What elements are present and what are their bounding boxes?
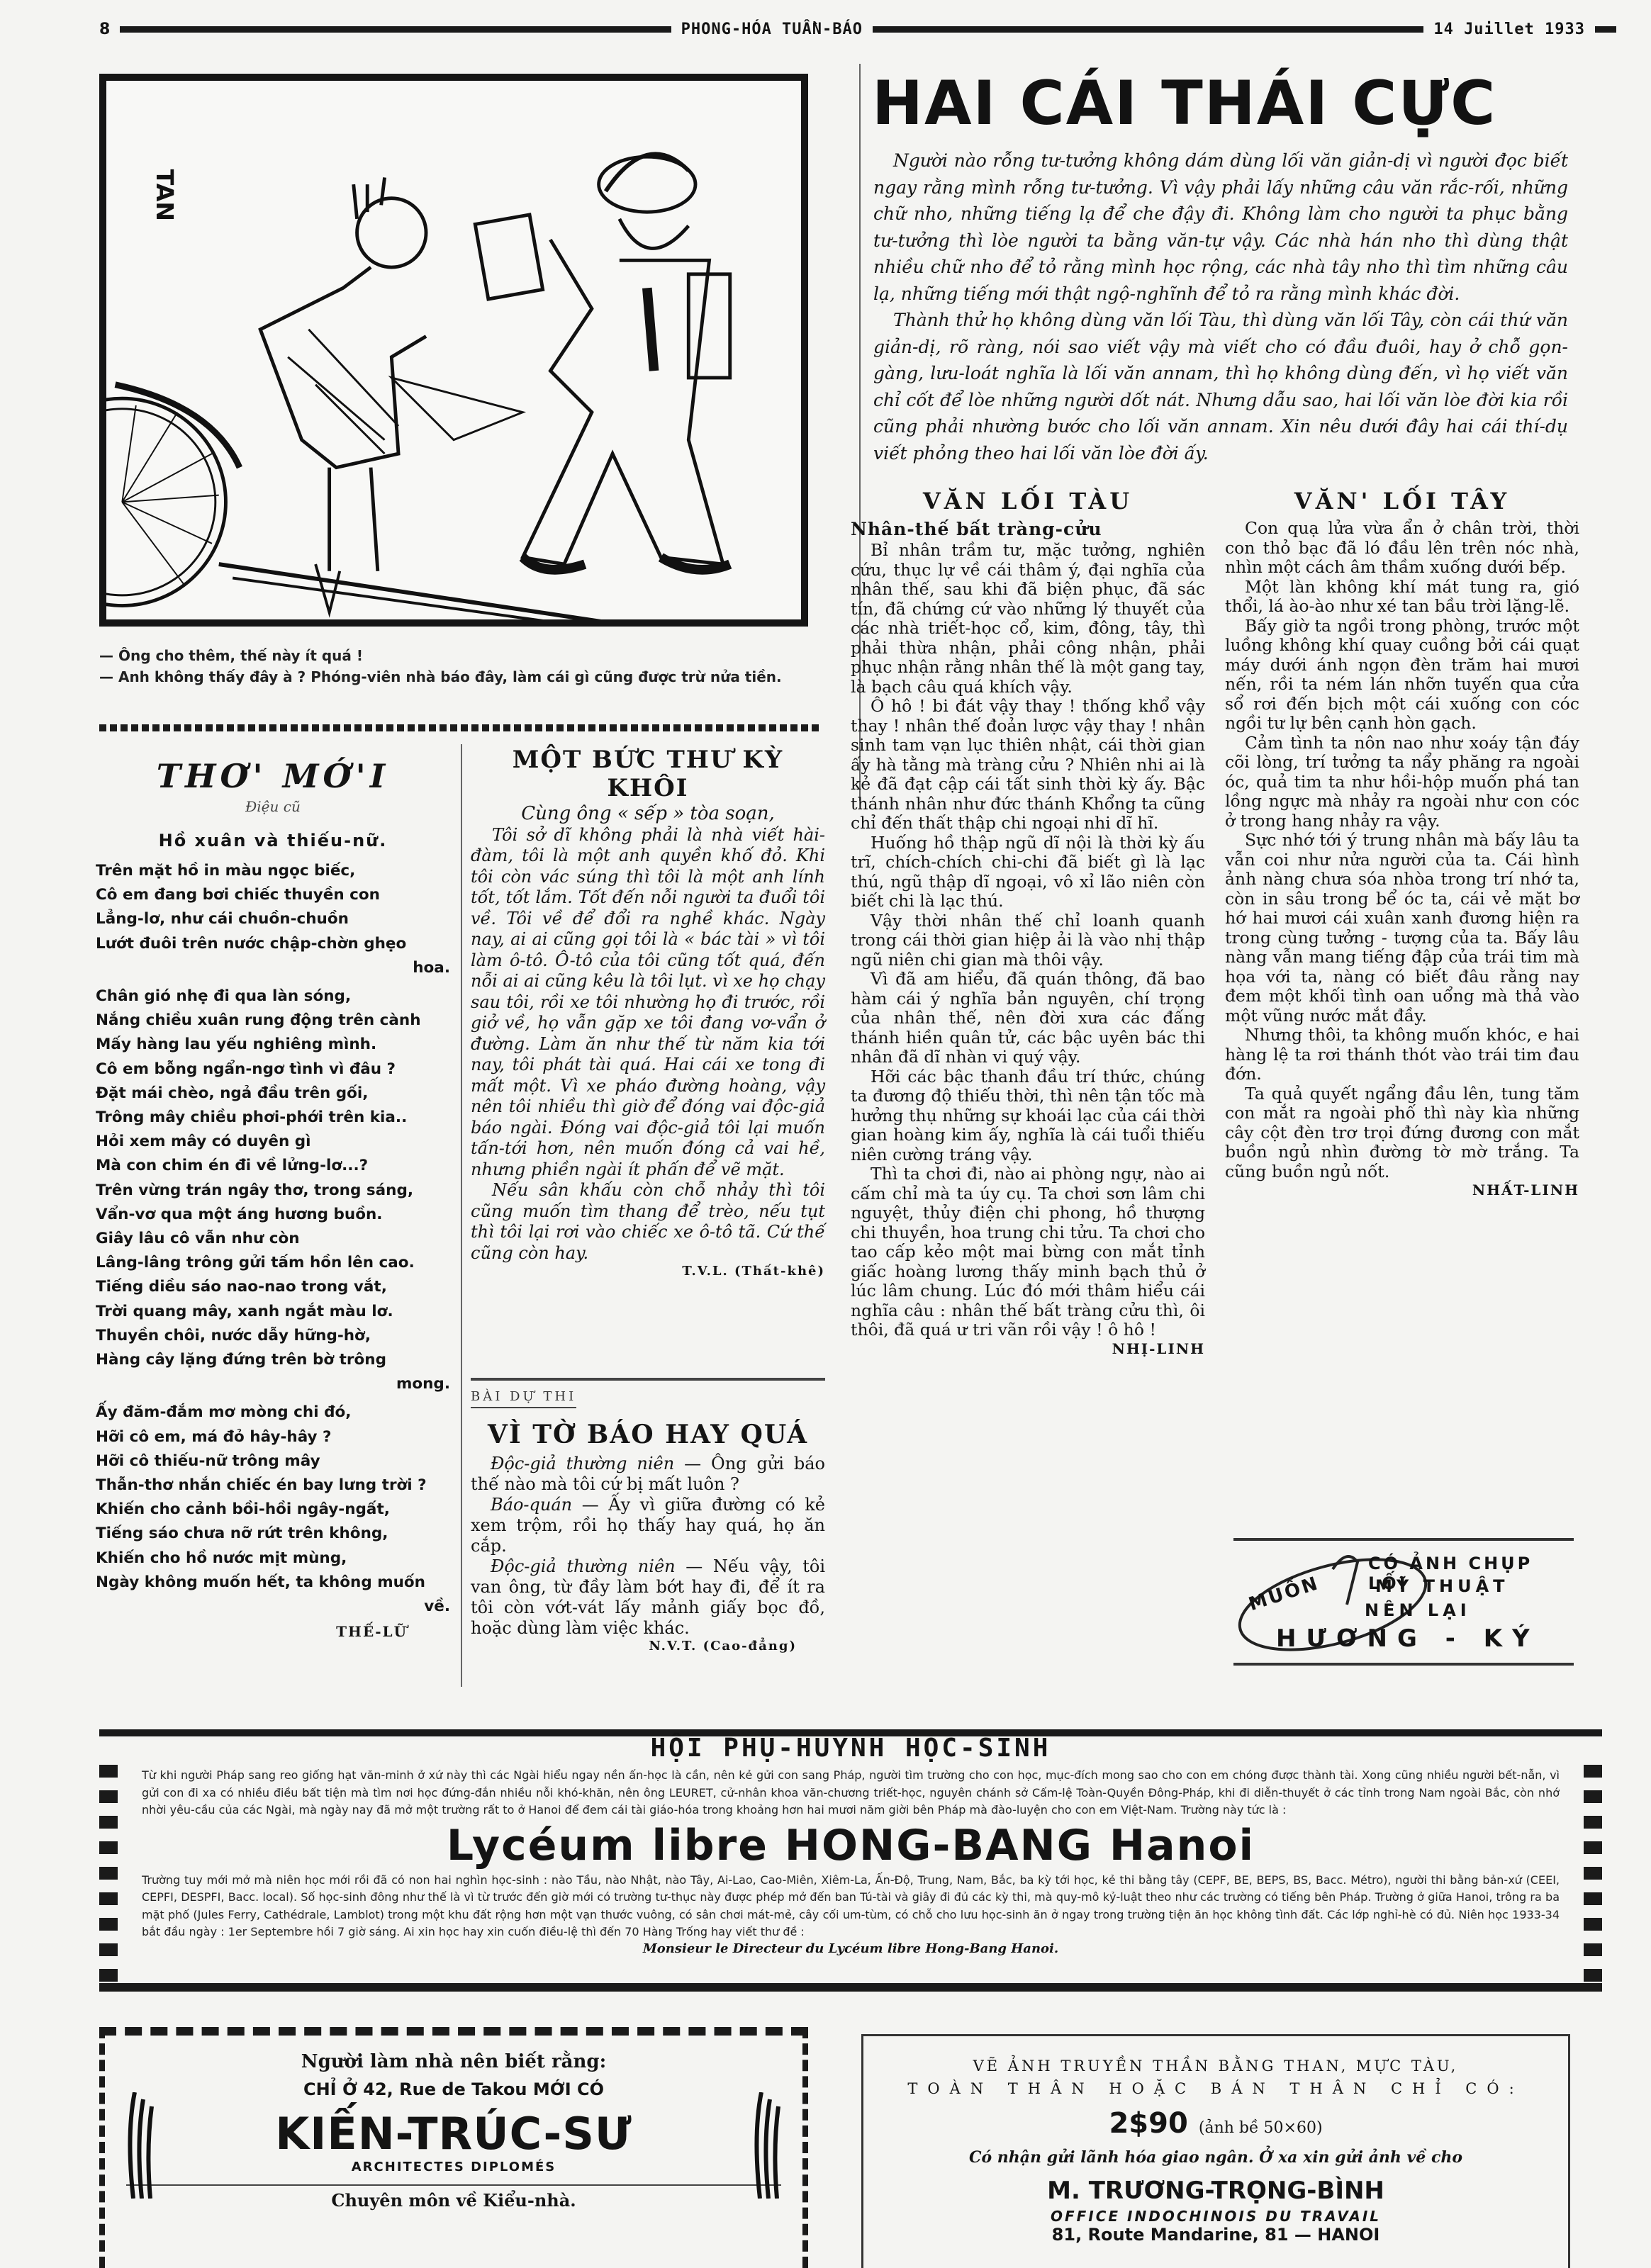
poem-line: về. <box>96 1595 450 1619</box>
paragraph: Cảm tình ta nôn nao như xoáy tận đáy cõi… <box>1225 734 1579 831</box>
poem-stanza: Chân gió nhẹ đi qua làn sóng, Nắng chiều… <box>96 984 450 1396</box>
poem-line: Lẳng-lơ, như cái chuồn-chuồn <box>96 907 450 931</box>
poem-line: Hàng cây lặng đứng trên bờ trông <box>96 1348 450 1372</box>
intro-paragraph: Người nào rỗng tư-tưởng không dám dùng l… <box>873 147 1568 307</box>
poem-line: Nắng chiều xuân rung động trên cành <box>96 1009 450 1033</box>
paragraph: Một làn không khí mát tung ra, gió thổi,… <box>1225 578 1579 617</box>
poem-line: Mấy hàng lau yếu nghiêng mình. <box>96 1033 450 1057</box>
ad-line: MỸ THUẬT <box>1375 1576 1509 1596</box>
ad-lyceum-hong-bang: HỘI PHỤ-HUYNH HỌC-SINH Từ khi người Pháp… <box>99 1729 1602 1992</box>
ad-line: TOÀN THÂN HOẶC BÁN THÂN CHỈ CÓ: <box>863 2080 1568 2097</box>
paragraph: Nhưng thôi, ta không muốn khóc, e hai hà… <box>1225 1026 1579 1084</box>
paragraph: Sực nhớ tới ý trung nhân mà bấy lâu ta v… <box>1225 831 1579 1026</box>
poem-heading: Hồ xuân và thiếu-nữ. <box>96 831 450 850</box>
column-heading: VĂN' LỐI TÂY <box>1225 488 1579 515</box>
page-number: 8 <box>99 21 110 38</box>
cartoon-illustration: TAN <box>99 74 808 627</box>
contest-label: BÀI DỰ THI <box>471 1389 576 1408</box>
cartoon-drawing: TAN <box>106 81 801 619</box>
letter-salutation: Cùng ông « sếp » tòa soạn, <box>471 804 825 825</box>
column-subheading: Nhân-thế bất tràng-cửu <box>851 519 1205 539</box>
contest-title: VÌ TỜ BÁO HAY QUÁ <box>471 1420 825 1449</box>
ad-line: Người làm nhà nên biết rằng: <box>105 2051 802 2072</box>
border-ornament <box>1584 1765 1602 1984</box>
poem-stanza: Trên mặt hồ in màu ngọc biếc, Cô em đang… <box>96 859 450 980</box>
newspaper-title: PHONG-HÓA TUẦN-BÁO <box>681 21 863 38</box>
flame-ornament-icon <box>126 2092 155 2199</box>
issue-date: 14 Juillet 1933 <box>1433 21 1585 38</box>
ad-address: 81, Route Mandarine, 81 — HANOI <box>863 2225 1568 2245</box>
ad-name: M. TRƯƠNG-TRỌNG-BÌNH <box>863 2177 1568 2205</box>
letter-title: MỘT BỨC THƯ KỲ KHÔI <box>471 746 825 802</box>
poem-line: Hỏi xem mây có duyên gì <box>96 1130 450 1154</box>
paragraph: Vậy thời nhân thế chỉ loanh quanh trong … <box>851 911 1205 970</box>
paragraph: Bấy giờ ta ngồi trong phòng, trước một l… <box>1225 617 1579 734</box>
paragraph: Vì đã am hiểu, đã quán thông, đã bao hàm… <box>851 970 1205 1067</box>
paragraph: Thì ta chơi đi, nào ai phòng ngự, nào ai… <box>851 1164 1205 1340</box>
poem-line: Lướt đuôi trên nước chập-chờn ghẹo <box>96 932 450 956</box>
main-headline: HAI CÁI THÁI CỰC <box>872 68 1581 139</box>
poem-line: Trông mây chiều phơi-phới trên kia.. <box>96 1106 450 1130</box>
artist-signature: TAN <box>151 169 179 221</box>
ad-intro: Từ khi người Pháp sang reo giống hạt văn… <box>99 1763 1602 1819</box>
contest-signature: N.V.T. (Cao-đẳng) <box>471 1639 797 1654</box>
ad-price-note: (ảnh bề 50×60) <box>1199 2119 1323 2137</box>
masthead: 8 PHONG-HÓA TUẦN-BÁO 14 Juillet 1933 <box>99 18 1616 40</box>
author-signature: NHẤT-LINH <box>1225 1181 1579 1198</box>
poem-line: Vẩn-vơ qua một áng hương buồn. <box>96 1203 450 1227</box>
poem-section: THƠ' MỚ'I Điệu cũ Hồ xuân và thiếu-nữ. T… <box>96 757 450 1640</box>
speaker: Độc-giả thường niên <box>491 1556 676 1576</box>
paragraph: Con quạ lửa vừa ẩn ở chân trời, thời con… <box>1225 519 1579 578</box>
poem-line: Cô em đang bơi chiếc thuyền con <box>96 883 450 907</box>
poem-line: Khiến cho cảnh bồi-hồi ngây-ngất, <box>96 1498 450 1522</box>
paragraph: Huống hồ thập ngũ dĩ nội là thời kỳ ấu t… <box>851 833 1205 911</box>
caption-line: — Ông cho thêm, thế này ít quá ! <box>99 645 815 666</box>
ad-price: 2$90 <box>1109 2107 1187 2140</box>
poem-subtitle: Điệu cũ <box>96 798 450 815</box>
poem-line: Hỡi cô thiếu-nữ trông mây <box>96 1449 450 1473</box>
ad-line: Có nhận gửi lãnh hóa giao ngân. Ở xa xin… <box>863 2148 1568 2167</box>
ad-huong-ky: MUỐN CÓ ẢNH CHỤP LỐI MỸ THUẬT NÊN LẠI HƯ… <box>1233 1538 1574 1666</box>
ad-brand: HƯƠNG - KÝ <box>1276 1624 1540 1653</box>
ad-portrait: VẼ ẢNH TRUYỀN THẦN BẰNG THAN, MỰC TÀU, T… <box>861 2034 1570 2268</box>
author-signature: NHỊ-LINH <box>851 1340 1205 1357</box>
speaker: Báo-quán <box>491 1495 572 1515</box>
contest-body: Độc-giả thường niên — Ông gửi báo thế nà… <box>471 1454 825 1639</box>
poem-line: Hỡi cô em, má đỏ hây-hây ? <box>96 1425 450 1449</box>
poem-line: Chân gió nhẹ đi qua làn sóng, <box>96 984 450 1009</box>
letter-section: MỘT BỨC THƯ KỲ KHÔI Cùng ông « sếp » tòa… <box>471 746 825 1279</box>
paragraph: Tôi sở dĩ không phải là nhà viết hài-đàm… <box>471 825 825 1181</box>
column-van-loi-tay: VĂN' LỐI TÂY Con quạ lửa vừa ẩn ở chân t… <box>1225 488 1579 1198</box>
poem-line: Giây lâu cô vẫn như còn <box>96 1227 450 1251</box>
masthead-rule <box>873 26 1423 33</box>
poem-line: Đặt mái chèo, ngả đầu trên gối, <box>96 1082 450 1106</box>
poem-line: Mà con chim én đi về lửng-lơ...? <box>96 1154 450 1178</box>
letter-body: Tôi sở dĩ không phải là nhà viết hài-đàm… <box>471 825 825 1264</box>
poem-line: Cô em bỗng ngẩn-ngơ tình vì đâu ? <box>96 1057 450 1082</box>
column-heading: VĂN LỐI TÀU <box>851 488 1205 515</box>
poem-line: Tiếng sáo chưa nỡ rứt trên không, <box>96 1522 450 1546</box>
ad-tagline: Chuyên môn về Kiểu-nhà. <box>105 2190 802 2211</box>
column-van-loi-tau: VĂN LỐI TÀU Nhân-thế bất tràng-cửu Bỉ nh… <box>851 488 1205 1357</box>
border-ornament <box>99 1765 118 1984</box>
masthead-rule <box>1595 26 1616 33</box>
poem-line: Lâng-lâng trông gửi tấm hồn lên cao. <box>96 1251 450 1275</box>
section-divider <box>471 1378 825 1381</box>
poem-line: hoa. <box>96 956 450 980</box>
poem-line: Trời quang mây, xanh ngắt màu lơ. <box>96 1300 450 1324</box>
ad-heading: HỘI PHỤ-HUYNH HỌC-SINH <box>99 1734 1602 1763</box>
ad-headline: KIẾN-TRÚC-SƯ <box>105 2108 802 2160</box>
poem-line: Thuyền chôi, nước dẫy hững-hờ, <box>96 1324 450 1348</box>
poem-line: Ấy đăm-đắm mơ mòng chi đó, <box>96 1400 450 1425</box>
intro-paragraph: Thành thử họ không dùng văn lối Tàu, thì… <box>873 307 1568 466</box>
paragraph: Bỉ nhân trầm tư, mặc tưởng, nghiên cứu, … <box>851 541 1205 697</box>
column-body: Con quạ lửa vừa ẩn ở chân trời, thời con… <box>1225 519 1579 1181</box>
ad-address: CHỈ Ở 42, Rue de Takou MỚI CÓ <box>105 2079 802 2099</box>
paragraph: Ô hô ! bi đát vậy thay ! thống khổ vậy t… <box>851 697 1205 833</box>
poem-line: Tiếng diều sáo nao-nao trong vắt, <box>96 1275 450 1299</box>
ad-architect: Người làm nhà nên biết rằng: CHỈ Ở 42, R… <box>99 2027 808 2268</box>
caption-line: — Anh không thấy đây à ? Phóng-viên nhà … <box>99 666 815 687</box>
paragraph: Ta quả quyết ngẩng đầu lên, tung tăm con… <box>1225 1084 1579 1182</box>
poem-line: Trên vừng trán ngây thơ, trong sáng, <box>96 1179 450 1203</box>
masthead-rule <box>120 26 671 33</box>
contest-section: BÀI DỰ THI VÌ TỜ BÁO HAY QUÁ Độc-giả thư… <box>471 1389 825 1654</box>
ad-subline: ARCHITECTES DIPLOMÉS <box>105 2160 802 2174</box>
ad-line: NÊN LẠI <box>1365 1600 1471 1620</box>
paragraph: Hỡi các bậc thanh đầu trí thức, chúng ta… <box>851 1067 1205 1165</box>
column-divider <box>461 744 462 1687</box>
ad-body: Trường tuy mới mở mà niên học mới rồi đã… <box>99 1872 1602 1941</box>
article-intro: Người nào rỗng tư-tưởng không dám dùng l… <box>873 147 1568 466</box>
section-divider <box>99 724 822 731</box>
poem-line: Ngày không muốn hết, ta không muốn <box>96 1571 450 1595</box>
poem-stanza: Ấy đăm-đắm mơ mòng chi đó, Hỡi cô em, má… <box>96 1400 450 1619</box>
poem-line: Thẫn-thơ nhắn chiếc én bay lưng trời ? <box>96 1473 450 1498</box>
ad-address: Monsieur le Directeur du Lycéum libre Ho… <box>99 1941 1602 1956</box>
poem-title: THƠ' MỚ'I <box>96 757 450 795</box>
poem-line: Trên mặt hồ in màu ngọc biếc, <box>96 859 450 883</box>
letter-signature: T.V.L. (Thất-khê) <box>471 1264 825 1279</box>
poem-author: THẾ-LỮ <box>96 1623 408 1640</box>
ad-office: OFFICE INDOCHINOIS DU TRAVAIL <box>863 2208 1568 2225</box>
school-name: Lycéum libre HONG-BANG Hanoi <box>99 1819 1602 1872</box>
cartoon-caption: — Ông cho thêm, thế này ít quá ! — Anh k… <box>99 645 815 687</box>
flame-ornament-icon <box>753 2092 781 2199</box>
paragraph: Nếu sân khấu còn chỗ nhảy thì tôi cũng m… <box>471 1180 825 1264</box>
ad-line: VẼ ẢNH TRUYỀN THẦN BẰNG THAN, MỰC TÀU, <box>863 2058 1568 2075</box>
poem-body: Trên mặt hồ in màu ngọc biếc, Cô em đang… <box>96 859 450 1619</box>
speaker: Độc-giả thường niên <box>491 1454 674 1473</box>
column-body: Bỉ nhân trầm tư, mặc tưởng, nghiên cứu, … <box>851 541 1205 1340</box>
poem-line: Khiến cho hồ nước mịt mùng, <box>96 1546 450 1571</box>
poem-line: mong. <box>96 1372 450 1396</box>
